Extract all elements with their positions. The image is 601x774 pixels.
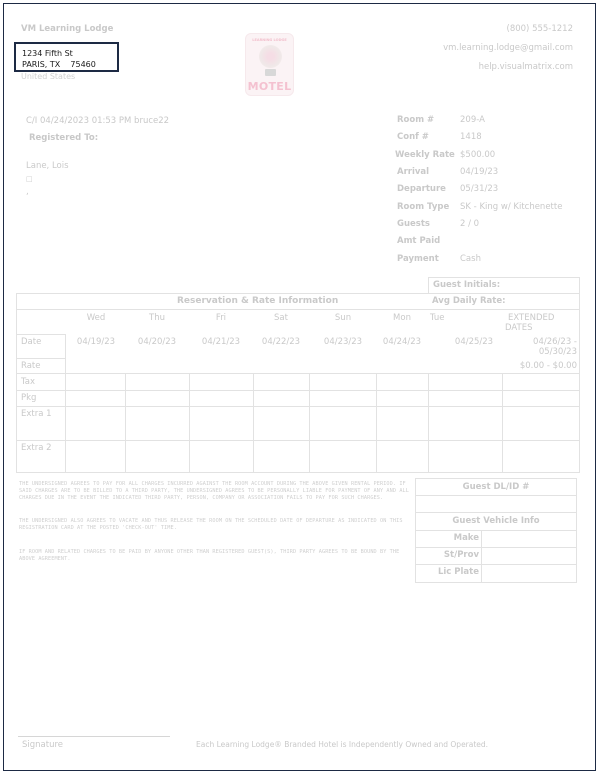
logo-word: MOTEL (246, 80, 293, 93)
room-info-label: Amt Paid (397, 236, 440, 246)
date-cell: 04/24/23 (372, 337, 432, 347)
grid-line (309, 373, 310, 472)
guest-initials-label: Guest Initials: (433, 280, 500, 290)
disclaimer-paragraph-3: IF ROOM AND RELATED CHARGES TO BE PAID B… (19, 549, 414, 563)
guest-name: Lane, Lois (26, 161, 69, 171)
checkin-line: C/I 04/24/2023 01:53 PM bruce22 (26, 116, 169, 126)
grid-line (415, 512, 577, 513)
grid-line (16, 472, 580, 473)
grid-line (16, 406, 580, 407)
grid-line (415, 478, 577, 479)
grid-line (16, 293, 17, 473)
room-info-value: 1418 (460, 132, 482, 142)
vehicle-field-input[interactable] (483, 531, 575, 546)
vehicle-field-label: Make (454, 533, 479, 543)
extended-header: DATES (505, 323, 533, 333)
day-header: Sat (261, 313, 301, 323)
extended-dates: 04/26/23 - (533, 337, 577, 347)
grid-line (16, 309, 580, 310)
row-label-pkg: Pkg (21, 393, 36, 403)
room-info-label: Room # (397, 115, 434, 125)
row-label-tax: Tax (21, 377, 35, 387)
grid-line (481, 530, 482, 582)
signature-label: Signature (22, 740, 63, 750)
grid-line (65, 373, 66, 472)
room-info-label: Payment (397, 254, 439, 264)
grid-line (16, 358, 65, 359)
room-info-label: Conf # (397, 132, 429, 142)
vehicle-field-input[interactable] (483, 565, 575, 580)
disclaimer-paragraph-2: THE UNDERSIGNED ALSO AGREES TO VACATE AN… (19, 518, 414, 532)
address-line-1: 1234 Fifth St (22, 49, 73, 58)
grid-line (16, 293, 580, 294)
registered-to-label: Registered To: (29, 133, 98, 143)
date-cell: 04/19/23 (66, 337, 126, 347)
hotel-email: vm.learning.lodge@gmail.com (443, 43, 573, 53)
hotel-phone: (800) 555-1212 (507, 24, 573, 34)
vehicle-field-input[interactable] (483, 548, 575, 563)
guest-vehicle-label: Guest Vehicle Info (415, 516, 577, 526)
address-highlight-box: 1234 Fifth St PARIS, TX 75460 (14, 42, 119, 72)
row-label-extra2: Extra 2 (21, 443, 52, 453)
grid-line (16, 373, 580, 374)
day-header: Wed (76, 313, 116, 323)
room-info-value: 209-A (460, 115, 485, 125)
grid-line (16, 334, 65, 335)
footer-notice: Each Learning Lodge® Branded Hotel is In… (196, 740, 488, 749)
day-header: Tue (430, 313, 445, 323)
grid-line (579, 293, 580, 473)
lightbulb-icon (259, 45, 282, 68)
room-info-value: 05/31/23 (460, 184, 498, 194)
day-header: Sun (323, 313, 363, 323)
vehicle-field-label: Lic Plate (438, 567, 479, 577)
grid-line (189, 373, 190, 472)
date-cell: 04/22/23 (251, 337, 311, 347)
guest-dl-label: Guest DL/ID # (415, 482, 577, 492)
room-info-value: SK - King w/ Kitchenette (460, 202, 562, 212)
grid-line (428, 373, 429, 472)
room-info-value: Cash (460, 254, 481, 264)
hotel-name: VM Learning Lodge (21, 24, 113, 34)
vehicle-field-label: St/Prov (444, 550, 479, 560)
room-info-label: Room Type (397, 202, 449, 212)
row-label-date: Date (21, 337, 41, 347)
grid-line (576, 478, 577, 583)
logo-brand-text: LEARNING LODGE (246, 38, 293, 42)
guest-city-line: , (26, 187, 29, 197)
room-info-value: 04/19/23 (460, 167, 498, 177)
grid-line (428, 277, 580, 278)
room-info-label: Departure (397, 184, 446, 194)
signature-line[interactable] (18, 736, 170, 737)
extended-rate: $0.00 - $0.00 (520, 361, 577, 371)
grid-line (16, 390, 580, 391)
room-info-label: Guests (397, 219, 430, 229)
room-info-value: $500.00 (460, 150, 495, 160)
date-cell: 04/23/23 (313, 337, 373, 347)
extended-header: EXTENDED (508, 313, 554, 323)
row-label-rate: Rate (21, 361, 41, 371)
guest-address-line: □ (26, 175, 33, 183)
hotel-website: help.visualmatrix.com (479, 62, 573, 72)
room-info-label: Weekly Rate (395, 150, 455, 160)
disclaimer-paragraph-1: THE UNDERSIGNED AGREES TO PAY FOR ALL CH… (19, 481, 414, 503)
grid-line (415, 582, 577, 583)
room-info-label: Arrival (397, 167, 429, 177)
room-info-value: 2 / 0 (460, 219, 479, 229)
date-cell: 04/21/23 (191, 337, 251, 347)
row-label-extra1: Extra 1 (21, 409, 52, 419)
grid-line (502, 373, 503, 472)
avg-daily-rate-label: Avg Daily Rate: (432, 296, 506, 306)
grid-line (16, 440, 580, 441)
grid-line (428, 277, 429, 293)
rate-table-title: Reservation & Rate Information (177, 296, 338, 306)
grid-line (125, 373, 126, 472)
address-line-2: PARIS, TX 75460 (22, 60, 96, 69)
lightbulb-base-icon (265, 69, 276, 76)
extended-dates: 05/30/23 (539, 347, 577, 357)
address-country: United States (21, 72, 75, 81)
day-header: Fri (201, 313, 241, 323)
day-header: Mon (382, 313, 422, 323)
date-cell: 04/20/23 (127, 337, 187, 347)
grid-line (376, 373, 377, 472)
guest-dl-field[interactable] (417, 496, 575, 511)
date-cell: 04/25/23 (444, 337, 504, 347)
motel-logo: LEARNING LODGE MOTEL (245, 33, 294, 96)
day-header: Thu (137, 313, 177, 323)
grid-line (253, 373, 254, 472)
grid-line (415, 478, 416, 583)
